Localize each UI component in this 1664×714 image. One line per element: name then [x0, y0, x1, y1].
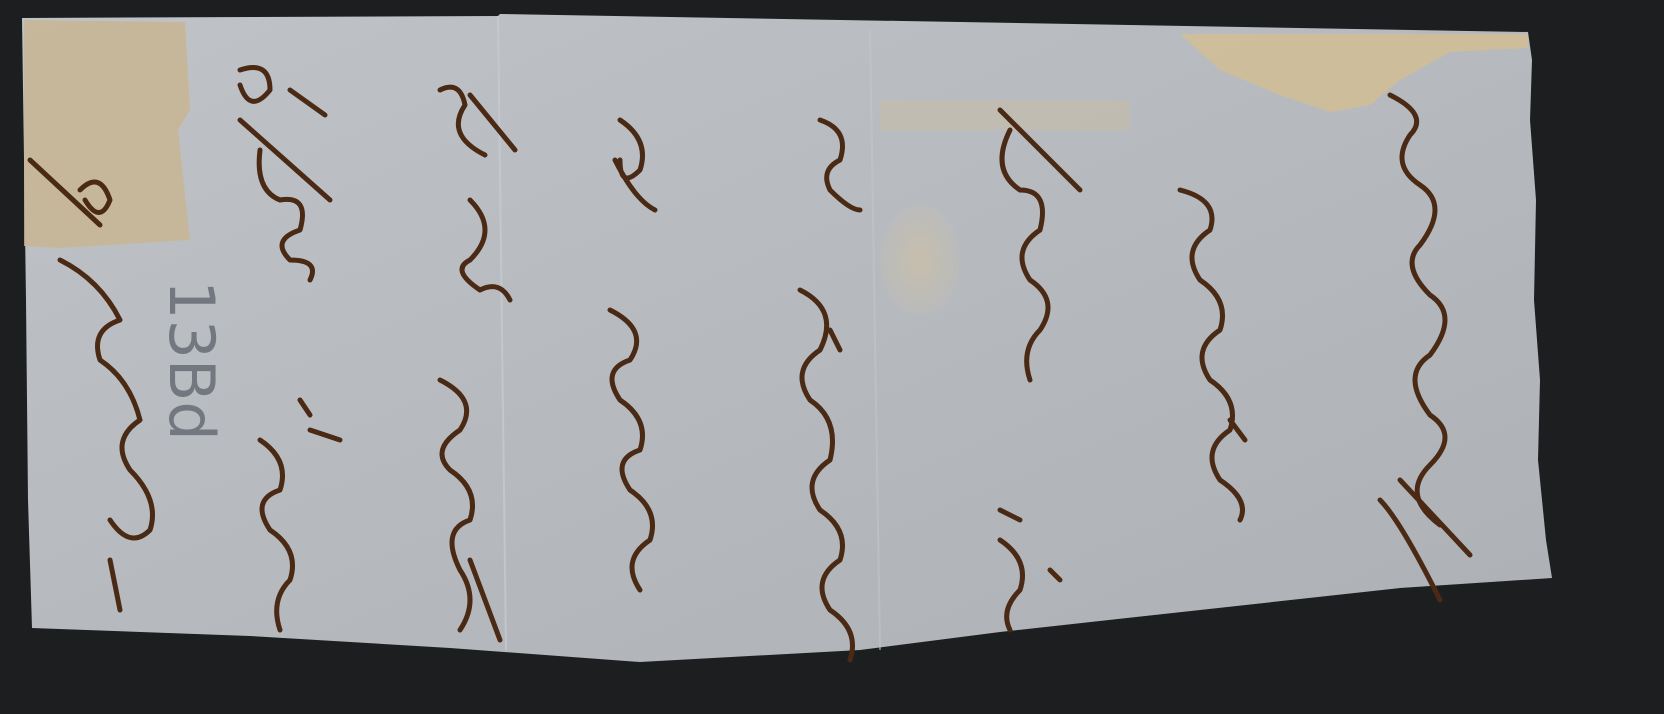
- pencil-note: 13Bd: [155, 280, 228, 441]
- paper-fragment: [22, 14, 1552, 662]
- stain-middle: [880, 205, 960, 315]
- stain-top-left: [24, 20, 190, 248]
- photo-scene: 13Bd: [0, 0, 1664, 714]
